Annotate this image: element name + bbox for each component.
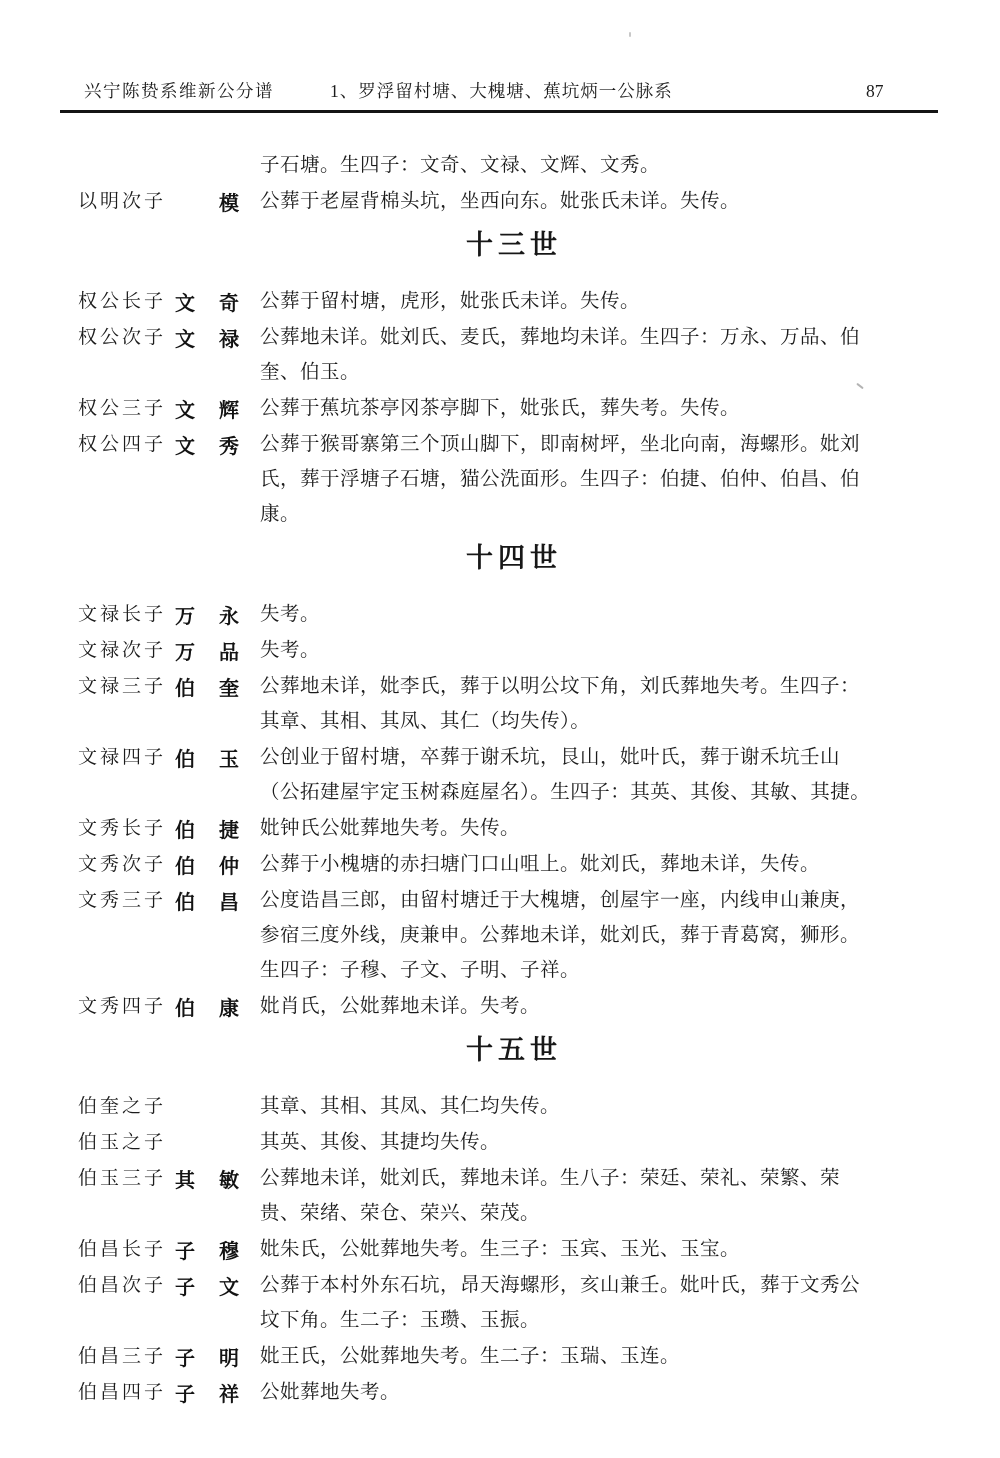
genealogy-entry: 伯昌三子 子明 妣王氏，公妣葬地失考。生二子：玉瑞、玉连。 <box>78 1339 950 1374</box>
entry-text-line: 妣朱氏，公妣葬地失考。生三子：玉宾、玉光、玉宝。 <box>260 1232 928 1267</box>
birth-order-label: 伯昌长子 <box>78 1232 166 1267</box>
birth-order-label: 文秀三子 <box>78 883 166 918</box>
entry-text: 公葬于留村塘，虎形，妣张氏未详。失传。 <box>260 284 928 319</box>
entry-text-line: 公葬于本村外东石坑，昂天海螺形，亥山兼壬。妣叶氏，葬于文秀公 <box>260 1268 928 1303</box>
entry-text-line: 参宿三度外线，庚兼申。公葬地未详，妣刘氏，葬于青葛窝，狮形。 <box>260 918 928 953</box>
given-name-char: 文 <box>175 394 195 423</box>
entry-text-line: 妣肖氏，公妣葬地未详。失考。 <box>260 989 928 1024</box>
entry-text: 妣王氏，公妣葬地失考。生二子：玉瑞、玉连。 <box>260 1339 928 1374</box>
given-name-char: 昌 <box>219 886 239 915</box>
genealogy-entry: 伯玉之子 其英、其俊、其捷均失传。 <box>78 1125 950 1160</box>
entry-text: 公葬地未详，妣李氏，葬于以明公坟下角，刘氏葬地失考。生四子：其章、其相、其凤、其… <box>260 669 928 739</box>
genealogy-entry: 权公次子 文禄 公葬地未详。妣刘氏、麦氏，葬地均未详。生四子：万永、万品、伯奎、… <box>78 320 950 390</box>
given-name-char: 模 <box>219 187 239 216</box>
birth-order-label: 文秀长子 <box>78 811 166 846</box>
given-name: 伯仲 <box>175 847 239 882</box>
birth-order-label: 文禄次子 <box>78 633 166 668</box>
birth-order-label: 文秀次子 <box>78 847 166 882</box>
entry-text-line: 公葬于小槐塘的赤扫塘门口山咀上。妣刘氏，葬地未详，失传。 <box>260 847 928 882</box>
generation-section: 子石塘。生四子：文奇、文禄、文辉、文秀。 以明次子 模 公葬于老屋背棉头坑，坐西… <box>78 148 950 219</box>
genealogy-entry: 伯奎之子 其章、其相、其凤、其仁均失传。 <box>78 1089 950 1124</box>
booklet-title: 兴宁陈贽系维新公分谱 <box>84 79 274 103</box>
given-name-char: 文 <box>219 1271 239 1300</box>
birth-order-label: 权公次子 <box>78 320 166 355</box>
given-name-char: 万 <box>175 600 195 629</box>
entry-text-line: 公葬地未详，妣刘氏，葬地未详。生八子：荣廷、荣礼、荣繁、荣 <box>260 1161 928 1196</box>
given-name-char: 伯 <box>175 814 195 843</box>
birth-order-label: 文禄三子 <box>78 669 166 704</box>
entry-text-line: 公度诰昌三郎，由留村塘迁于大槐塘，创屋宇一座，内线申山兼庚， <box>260 883 928 918</box>
given-name-char: 敏 <box>219 1164 239 1193</box>
given-name: 文辉 <box>175 391 239 426</box>
given-name: 子祥 <box>175 1375 239 1410</box>
header-divider-rule <box>60 110 938 113</box>
entry-text-line: 公葬地未详，妣李氏，葬于以明公坟下角，刘氏葬地失考。生四子： <box>260 669 928 704</box>
given-name-char: 穆 <box>219 1235 239 1264</box>
entry-text-line: 妣钟氏公妣葬地失考。失传。 <box>260 811 928 846</box>
genealogy-entry: 伯昌四子 子祥 公妣葬地失考。 <box>78 1375 950 1410</box>
given-name: 其敏 <box>175 1161 239 1196</box>
entry-text: 其章、其相、其凤、其仁均失传。 <box>260 1089 928 1124</box>
entry-text-line: 公葬于老屋背棉头坑，坐西向东。妣张氏未详。失传。 <box>260 184 928 219</box>
entry-text: 子石塘。生四子：文奇、文禄、文辉、文秀。 <box>260 148 928 183</box>
birth-order-label: 伯玉之子 <box>78 1125 166 1160</box>
birth-order-label: 文禄长子 <box>78 597 166 632</box>
given-name-char: 伯 <box>175 850 195 879</box>
genealogy-scan-page: 兴宁陈贽系维新公分谱 1、罗浮留村塘、大槐塘、蕉坑炳一公脉系 87 子石塘。生四… <box>0 0 1000 1458</box>
birth-order-label: 权公三子 <box>78 391 166 426</box>
entry-text: 妣肖氏，公妣葬地未详。失考。 <box>260 989 928 1024</box>
entry-text-line: 失考。 <box>260 597 928 632</box>
genealogy-entry: 权公四子 文秀 公葬于猴哥寨第三个顶山脚下，即南树坪，坐北向南，海螺形。妣刘氏，… <box>78 427 950 532</box>
given-name-char: 禄 <box>219 323 239 352</box>
entry-text-line: 公葬地未详。妣刘氏、麦氏，葬地均未详。生四子：万永、万品、伯 <box>260 320 928 355</box>
given-name-char: 伯 <box>175 886 195 915</box>
genealogy-entry: 伯昌次子 子文 公葬于本村外东石坑，昂天海螺形，亥山兼壬。妣叶氏，葬于文秀公坟下… <box>78 1268 950 1338</box>
given-name: 伯昌 <box>175 883 239 918</box>
genealogy-entry: 子石塘。生四子：文奇、文禄、文辉、文秀。 <box>78 148 950 183</box>
birth-order-label: 伯昌四子 <box>78 1375 166 1410</box>
genealogy-entry: 文禄长子 万永 失考。 <box>78 597 950 632</box>
entry-text: 妣钟氏公妣葬地失考。失传。 <box>260 811 928 846</box>
birth-order-label: 权公四子 <box>78 427 166 462</box>
given-name: 伯康 <box>175 989 239 1024</box>
genealogy-content: 子石塘。生四子：文奇、文禄、文辉、文秀。 以明次子 模 公葬于老屋背棉头坑，坐西… <box>78 148 950 1411</box>
entry-text: 失考。 <box>260 597 928 632</box>
entry-text-line: 公葬于留村塘，虎形，妣张氏未详。失传。 <box>260 284 928 319</box>
entry-text-line: 康。 <box>260 497 928 532</box>
given-name-char: 文 <box>175 430 195 459</box>
genealogy-entry: 伯玉三子 其敏 公葬地未详，妣刘氏，葬地未详。生八子：荣廷、荣礼、荣繁、荣贵、荣… <box>78 1161 950 1231</box>
birth-order-label: 权公长子 <box>78 284 166 319</box>
given-name: 模 <box>175 184 239 219</box>
genealogy-entry: 文禄次子 万品 失考。 <box>78 633 950 668</box>
chapter-title: 1、罗浮留村塘、大槐塘、蕉坑炳一公脉系 <box>330 79 673 103</box>
entry-text-line: （公拓建屋宇定玉树森庭屋名）。生四子：其英、其俊、其敏、其捷。 <box>260 775 928 810</box>
given-name: 万永 <box>175 597 239 632</box>
given-name-char: 伯 <box>175 992 195 1021</box>
given-name-char: 伯 <box>175 743 195 772</box>
entry-text: 公葬地未详。妣刘氏、麦氏，葬地均未详。生四子：万永、万品、伯奎、伯玉。 <box>260 320 928 390</box>
given-name-char: 品 <box>219 636 239 665</box>
entry-text-line: 氏，葬于浮塘子石塘，猫公洗面形。生四子：伯捷、伯仲、伯昌、伯 <box>260 462 928 497</box>
given-name-char: 辉 <box>219 394 239 423</box>
scan-speck <box>629 32 631 37</box>
entry-text-line: 其英、其俊、其捷均失传。 <box>260 1125 928 1160</box>
entry-text-line: 坟下角。生二子：玉瓒、玉振。 <box>260 1303 928 1338</box>
generation-heading: 十五世 <box>78 1031 950 1069</box>
entry-text-line: 奎、伯玉。 <box>260 355 928 390</box>
entry-text: 公葬于猴哥寨第三个顶山脚下，即南树坪，坐北向南，海螺形。妣刘氏，葬于浮塘子石塘，… <box>260 427 928 532</box>
entry-text: 公葬于本村外东石坑，昂天海螺形，亥山兼壬。妣叶氏，葬于文秀公坟下角。生二子：玉瓒… <box>260 1268 928 1338</box>
generation-entries: 权公长子 文奇 公葬于留村塘，虎形，妣张氏未详。失传。 权公次子 文禄 公葬地未… <box>78 284 950 532</box>
birth-order-label: 文禄四子 <box>78 740 166 775</box>
genealogy-entry: 文秀四子 伯康 妣肖氏，公妣葬地未详。失考。 <box>78 989 950 1024</box>
generation-heading: 十四世 <box>78 539 950 577</box>
genealogy-entry: 文禄三子 伯奎 公葬地未详，妣李氏，葬于以明公坟下角，刘氏葬地失考。生四子：其章… <box>78 669 950 739</box>
given-name-char: 伯 <box>175 672 195 701</box>
birth-order-label: 伯奎之子 <box>78 1089 166 1124</box>
genealogy-entry: 以明次子 模 公葬于老屋背棉头坑，坐西向东。妣张氏未详。失传。 <box>78 184 950 219</box>
given-name-char: 明 <box>219 1342 239 1371</box>
generation-entries: 文禄长子 万永 失考。 文禄次子 万品 失考。 文禄三子 伯奎 公葬地未详，妣李… <box>78 597 950 1024</box>
entry-text: 公创业于留村塘，卒葬于谢禾坑，艮山，妣叶氏，葬于谢禾坑壬山（公拓建屋宇定玉树森庭… <box>260 740 928 810</box>
genealogy-entry: 文秀次子 伯仲 公葬于小槐塘的赤扫塘门口山咀上。妣刘氏，葬地未详，失传。 <box>78 847 950 882</box>
given-name-char: 仲 <box>219 850 239 879</box>
given-name: 文禄 <box>175 320 239 355</box>
entry-text-line: 子石塘。生四子：文奇、文禄、文辉、文秀。 <box>260 148 928 183</box>
entry-text-line: 生四子：子穆、子文、子明、子祥。 <box>260 953 928 988</box>
entry-text-line: 公葬于蕉坑茶亭冈茶亭脚下，妣张氏，葬失考。失传。 <box>260 391 928 426</box>
given-name: 子明 <box>175 1339 239 1374</box>
entry-text-line: 妣王氏，公妣葬地失考。生二子：玉瑞、玉连。 <box>260 1339 928 1374</box>
given-name-char: 子 <box>175 1378 195 1407</box>
given-name-char: 捷 <box>219 814 239 843</box>
given-name-char: 子 <box>175 1235 195 1264</box>
entry-text-line: 其章、其相、其凤、其仁均失传。 <box>260 1089 928 1124</box>
given-name-char: 玉 <box>219 743 239 772</box>
generation-heading: 十三世 <box>78 226 950 264</box>
given-name-char: 文 <box>175 287 195 316</box>
running-header: 兴宁陈贽系维新公分谱 1、罗浮留村塘、大槐塘、蕉坑炳一公脉系 87 <box>0 79 1000 103</box>
genealogy-entry: 权公长子 文奇 公葬于留村塘，虎形，妣张氏未详。失传。 <box>78 284 950 319</box>
given-name-char: 子 <box>175 1342 195 1371</box>
given-name-char: 奎 <box>219 672 239 701</box>
page-number: 87 <box>866 79 884 103</box>
genealogy-entry: 文禄四子 伯玉 公创业于留村塘，卒葬于谢禾坑，艮山，妣叶氏，葬于谢禾坑壬山（公拓… <box>78 740 950 810</box>
given-name-char: 奇 <box>219 287 239 316</box>
birth-order-label: 文秀四子 <box>78 989 166 1024</box>
entry-text-line: 其章、其相、其凤、其仁（均失传）。 <box>260 704 928 739</box>
entry-text-line: 公妣葬地失考。 <box>260 1375 928 1410</box>
entry-text-line: 贵、荣绪、荣仓、荣兴、荣茂。 <box>260 1196 928 1231</box>
given-name-char: 永 <box>219 600 239 629</box>
given-name: 万品 <box>175 633 239 668</box>
entry-text-line: 失考。 <box>260 633 928 668</box>
given-name-char: 秀 <box>219 430 239 459</box>
given-name: 文秀 <box>175 427 239 462</box>
genealogy-entry: 伯昌长子 子穆 妣朱氏，公妣葬地失考。生三子：玉宾、玉光、玉宝。 <box>78 1232 950 1267</box>
given-name-char: 祥 <box>219 1378 239 1407</box>
entry-text: 妣朱氏，公妣葬地失考。生三子：玉宾、玉光、玉宝。 <box>260 1232 928 1267</box>
given-name-char: 文 <box>175 323 195 352</box>
genealogy-entry: 文秀长子 伯捷 妣钟氏公妣葬地失考。失传。 <box>78 811 950 846</box>
entry-text: 公葬于小槐塘的赤扫塘门口山咀上。妣刘氏，葬地未详，失传。 <box>260 847 928 882</box>
given-name: 文奇 <box>175 284 239 319</box>
given-name-char: 子 <box>175 1271 195 1300</box>
genealogy-entry: 文秀三子 伯昌 公度诰昌三郎，由留村塘迁于大槐塘，创屋宇一座，内线申山兼庚，参宿… <box>78 883 950 988</box>
genealogy-entry: 权公三子 文辉 公葬于蕉坑茶亭冈茶亭脚下，妣张氏，葬失考。失传。 <box>78 391 950 426</box>
entry-text: 失考。 <box>260 633 928 668</box>
entry-text-line: 公葬于猴哥寨第三个顶山脚下，即南树坪，坐北向南，海螺形。妣刘 <box>260 427 928 462</box>
entry-text: 公葬于蕉坑茶亭冈茶亭脚下，妣张氏，葬失考。失传。 <box>260 391 928 426</box>
entry-text: 公度诰昌三郎，由留村塘迁于大槐塘，创屋宇一座，内线申山兼庚，参宿三度外线，庚兼申… <box>260 883 928 988</box>
birth-order-label: 伯昌三子 <box>78 1339 166 1374</box>
given-name-char: 康 <box>219 992 239 1021</box>
birth-order-label: 以明次子 <box>78 184 166 219</box>
given-name: 伯奎 <box>175 669 239 704</box>
given-name-char: 其 <box>175 1164 195 1193</box>
generation-section: 十三世 权公长子 文奇 公葬于留村塘，虎形，妣张氏未详。失传。 权公次子 文禄 … <box>78 226 950 532</box>
generation-entries: 伯奎之子 其章、其相、其凤、其仁均失传。 伯玉之子 其英、其俊、其捷均失传。 伯… <box>78 1089 950 1410</box>
entry-text: 公葬地未详，妣刘氏，葬地未详。生八子：荣廷、荣礼、荣繁、荣贵、荣绪、荣仓、荣兴、… <box>260 1161 928 1231</box>
given-name: 子文 <box>175 1268 239 1303</box>
entry-text: 公葬于老屋背棉头坑，坐西向东。妣张氏未详。失传。 <box>260 184 928 219</box>
given-name-char: 万 <box>175 636 195 665</box>
given-name: 伯捷 <box>175 811 239 846</box>
generation-section: 十四世 文禄长子 万永 失考。 文禄次子 万品 失考。 文禄三子 伯奎 公葬地未… <box>78 539 950 1024</box>
birth-order-label: 伯昌次子 <box>78 1268 166 1303</box>
entry-text: 公妣葬地失考。 <box>260 1375 928 1410</box>
generation-entries: 子石塘。生四子：文奇、文禄、文辉、文秀。 以明次子 模 公葬于老屋背棉头坑，坐西… <box>78 148 950 219</box>
entry-text: 其英、其俊、其捷均失传。 <box>260 1125 928 1160</box>
generation-section: 十五世 伯奎之子 其章、其相、其凤、其仁均失传。 伯玉之子 其英、其俊、其捷均失… <box>78 1031 950 1410</box>
given-name: 伯玉 <box>175 740 239 775</box>
entry-text-line: 公创业于留村塘，卒葬于谢禾坑，艮山，妣叶氏，葬于谢禾坑壬山 <box>260 740 928 775</box>
given-name: 子穆 <box>175 1232 239 1267</box>
birth-order-label: 伯玉三子 <box>78 1161 166 1196</box>
